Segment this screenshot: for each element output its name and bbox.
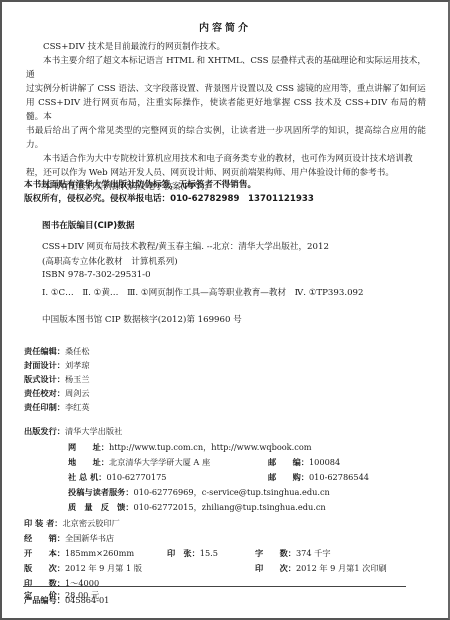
product-code-value: 045864-01 bbox=[65, 595, 109, 605]
feedback-row: 质 量 反 馈：010-62772015，zhiliang@tup.tsingh… bbox=[68, 502, 326, 513]
intro-p2: 本书主要介绍了超文本标记语言 HTML 和 XHTML、CSS 层叠样式表的基础… bbox=[26, 54, 426, 152]
credit-value: 桑任松 bbox=[65, 346, 90, 356]
divider bbox=[23, 586, 406, 587]
feedback-value: 010-62772015，zhiliang@tup.tsinghua.edu.c… bbox=[134, 502, 326, 512]
credit-label: 封面设计： bbox=[24, 360, 65, 370]
cip-line-1: CSS+DIV 网页布局技术教程/黄玉春主编. --北京：清华大学出版社，201… bbox=[42, 240, 329, 252]
cip-heading: 图书在版编目(CIP)数据 bbox=[42, 219, 134, 231]
publisher-name: 清华大学出版社 bbox=[65, 426, 122, 436]
intro-p1-text: CSS+DIV 技术是目前最流行的网页制作技术。 bbox=[43, 42, 225, 52]
intro-p3: 本书适合作为大中专院校计算机应用技术和电子商务类专业的教材，也可作为网页设计技术… bbox=[26, 152, 426, 180]
publisher-row: 出版发行：清华大学出版社 bbox=[24, 426, 122, 437]
printer-label: 印 装 者： bbox=[24, 518, 62, 528]
distributor-value: 全国新华书店 bbox=[65, 533, 114, 543]
credit-label: 责任编辑： bbox=[24, 346, 65, 356]
switchboard-label: 社 总 机： bbox=[68, 472, 106, 482]
mail-order-label: 邮 购： bbox=[268, 472, 309, 482]
distributor-row: 经 销：全国新华书店 bbox=[24, 533, 114, 544]
intro-p2-line: 本书主要介绍了超文本标记语言 HTML 和 XHTML、CSS 层叠样式表的基础… bbox=[26, 56, 426, 80]
sheets-value: 15.5 bbox=[200, 548, 218, 558]
credit-row: 责任校对：周剑云 bbox=[24, 388, 90, 399]
website-row: 网 址：http://www.tup.com.cn，http://www.wqb… bbox=[68, 442, 312, 453]
word-count-value: 374 千字 bbox=[296, 548, 331, 558]
credit-value: 李红英 bbox=[65, 402, 90, 412]
distributor-label: 经 销： bbox=[24, 533, 65, 543]
address-value: 北京清华大学学研大厦 A 座 bbox=[109, 457, 210, 467]
copyright-notice: 版权所有，侵权必究。侵权举报电话：010-62782989 1370112193… bbox=[24, 192, 314, 204]
website-value: http://www.tup.com.cn，http://www.wqbook.… bbox=[109, 442, 312, 452]
credit-label: 版式设计： bbox=[24, 374, 65, 384]
word-count-label: 字 数： bbox=[255, 548, 296, 558]
format-label: 开 本： bbox=[24, 548, 65, 558]
postcode-label: 邮 编： bbox=[268, 457, 309, 467]
intro-p2-line: 过实例分析讲解了 CSS 语法、文字段落设置、背景图片设置以及 CSS 滤镜的应… bbox=[26, 82, 426, 96]
printer-row: 印 装 者：北京密云胶印厂 bbox=[24, 518, 120, 529]
website-label: 网 址： bbox=[68, 442, 109, 452]
sheets-label: 印 张： bbox=[167, 548, 200, 558]
switchboard-value: 010-62770175 bbox=[106, 472, 166, 482]
reader-service-label: 投稿与读者服务： bbox=[68, 487, 134, 497]
page-title: 内容简介 bbox=[2, 19, 448, 34]
intro-p2-line: 书最后给出了两个常见类型的完整网页的综合实例，让读者进一步巩固所学的知识，提高综… bbox=[26, 124, 426, 152]
intro-p3-line: 本书适合作为大中专院校计算机应用技术和电子商务类专业的教材，也可作为网页设计技术… bbox=[43, 154, 413, 164]
cip-line-2: (高职高专立体化教材 计算机系列) bbox=[42, 255, 178, 267]
printer-value: 北京密云胶印厂 bbox=[62, 518, 119, 528]
format-value: 185mm×260mm bbox=[65, 548, 134, 558]
cip-classification: Ⅰ. ①C… Ⅱ. ①黄… Ⅲ. ①网页制作工具—高等职业教育—教材 Ⅳ. ①T… bbox=[42, 286, 363, 298]
credit-row: 责任编辑：桑任松 bbox=[24, 346, 90, 357]
cip-isbn: ISBN 978-7-302-29531-0 bbox=[42, 270, 151, 280]
credit-value: 周剑云 bbox=[65, 388, 90, 398]
anti-counterfeit-notice: 本书封面贴有清华大学出版社防伪标签，无标签者不得销售。 bbox=[24, 178, 256, 190]
credit-label: 责任印制： bbox=[24, 402, 65, 412]
reader-service-row: 投稿与读者服务：010-62776969，c-service@tup.tsing… bbox=[68, 487, 330, 498]
copyright-page: 内容简介 CSS+DIV 技术是目前最流行的网页制作技术。 本书主要介绍了超文本… bbox=[0, 0, 450, 620]
intro-section: CSS+DIV 技术是目前最流行的网页制作技术。 本书主要介绍了超文本标记语言 … bbox=[26, 40, 426, 194]
credit-row: 版式设计：杨玉兰 bbox=[24, 374, 90, 385]
credit-value: 杨玉兰 bbox=[65, 374, 90, 384]
product-code-label: 产品编号： bbox=[24, 595, 65, 605]
footer-section: 定 价：28.00 元 bbox=[0, 560, 450, 620]
reader-service-value: 010-62776969，c-service@tup.tsinghua.edu.… bbox=[134, 487, 330, 497]
mail-order-value: 010-62786544 bbox=[309, 472, 369, 482]
credit-row: 封面设计：刘孝琼 bbox=[24, 360, 90, 371]
credit-value: 刘孝琼 bbox=[65, 360, 90, 370]
credit-row: 责任印制：李红英 bbox=[24, 402, 90, 413]
postcode-value: 100084 bbox=[309, 457, 340, 467]
product-code-row: 产品编号：045864-01 bbox=[24, 595, 109, 606]
feedback-label: 质 量 反 馈： bbox=[68, 502, 134, 512]
publisher-label: 出版发行： bbox=[24, 426, 65, 436]
cip-library-number: 中国版本图书馆 CIP 数据核字(2012)第 169960 号 bbox=[42, 313, 242, 325]
intro-p1: CSS+DIV 技术是目前最流行的网页制作技术。 bbox=[26, 40, 426, 54]
intro-p2-line: 用 CSS+DIV 进行网页布局，注重实际操作，使读者能更好地掌握 CSS 技术… bbox=[26, 96, 426, 124]
address-label: 地 址： bbox=[68, 457, 109, 467]
credit-label: 责任校对： bbox=[24, 388, 65, 398]
